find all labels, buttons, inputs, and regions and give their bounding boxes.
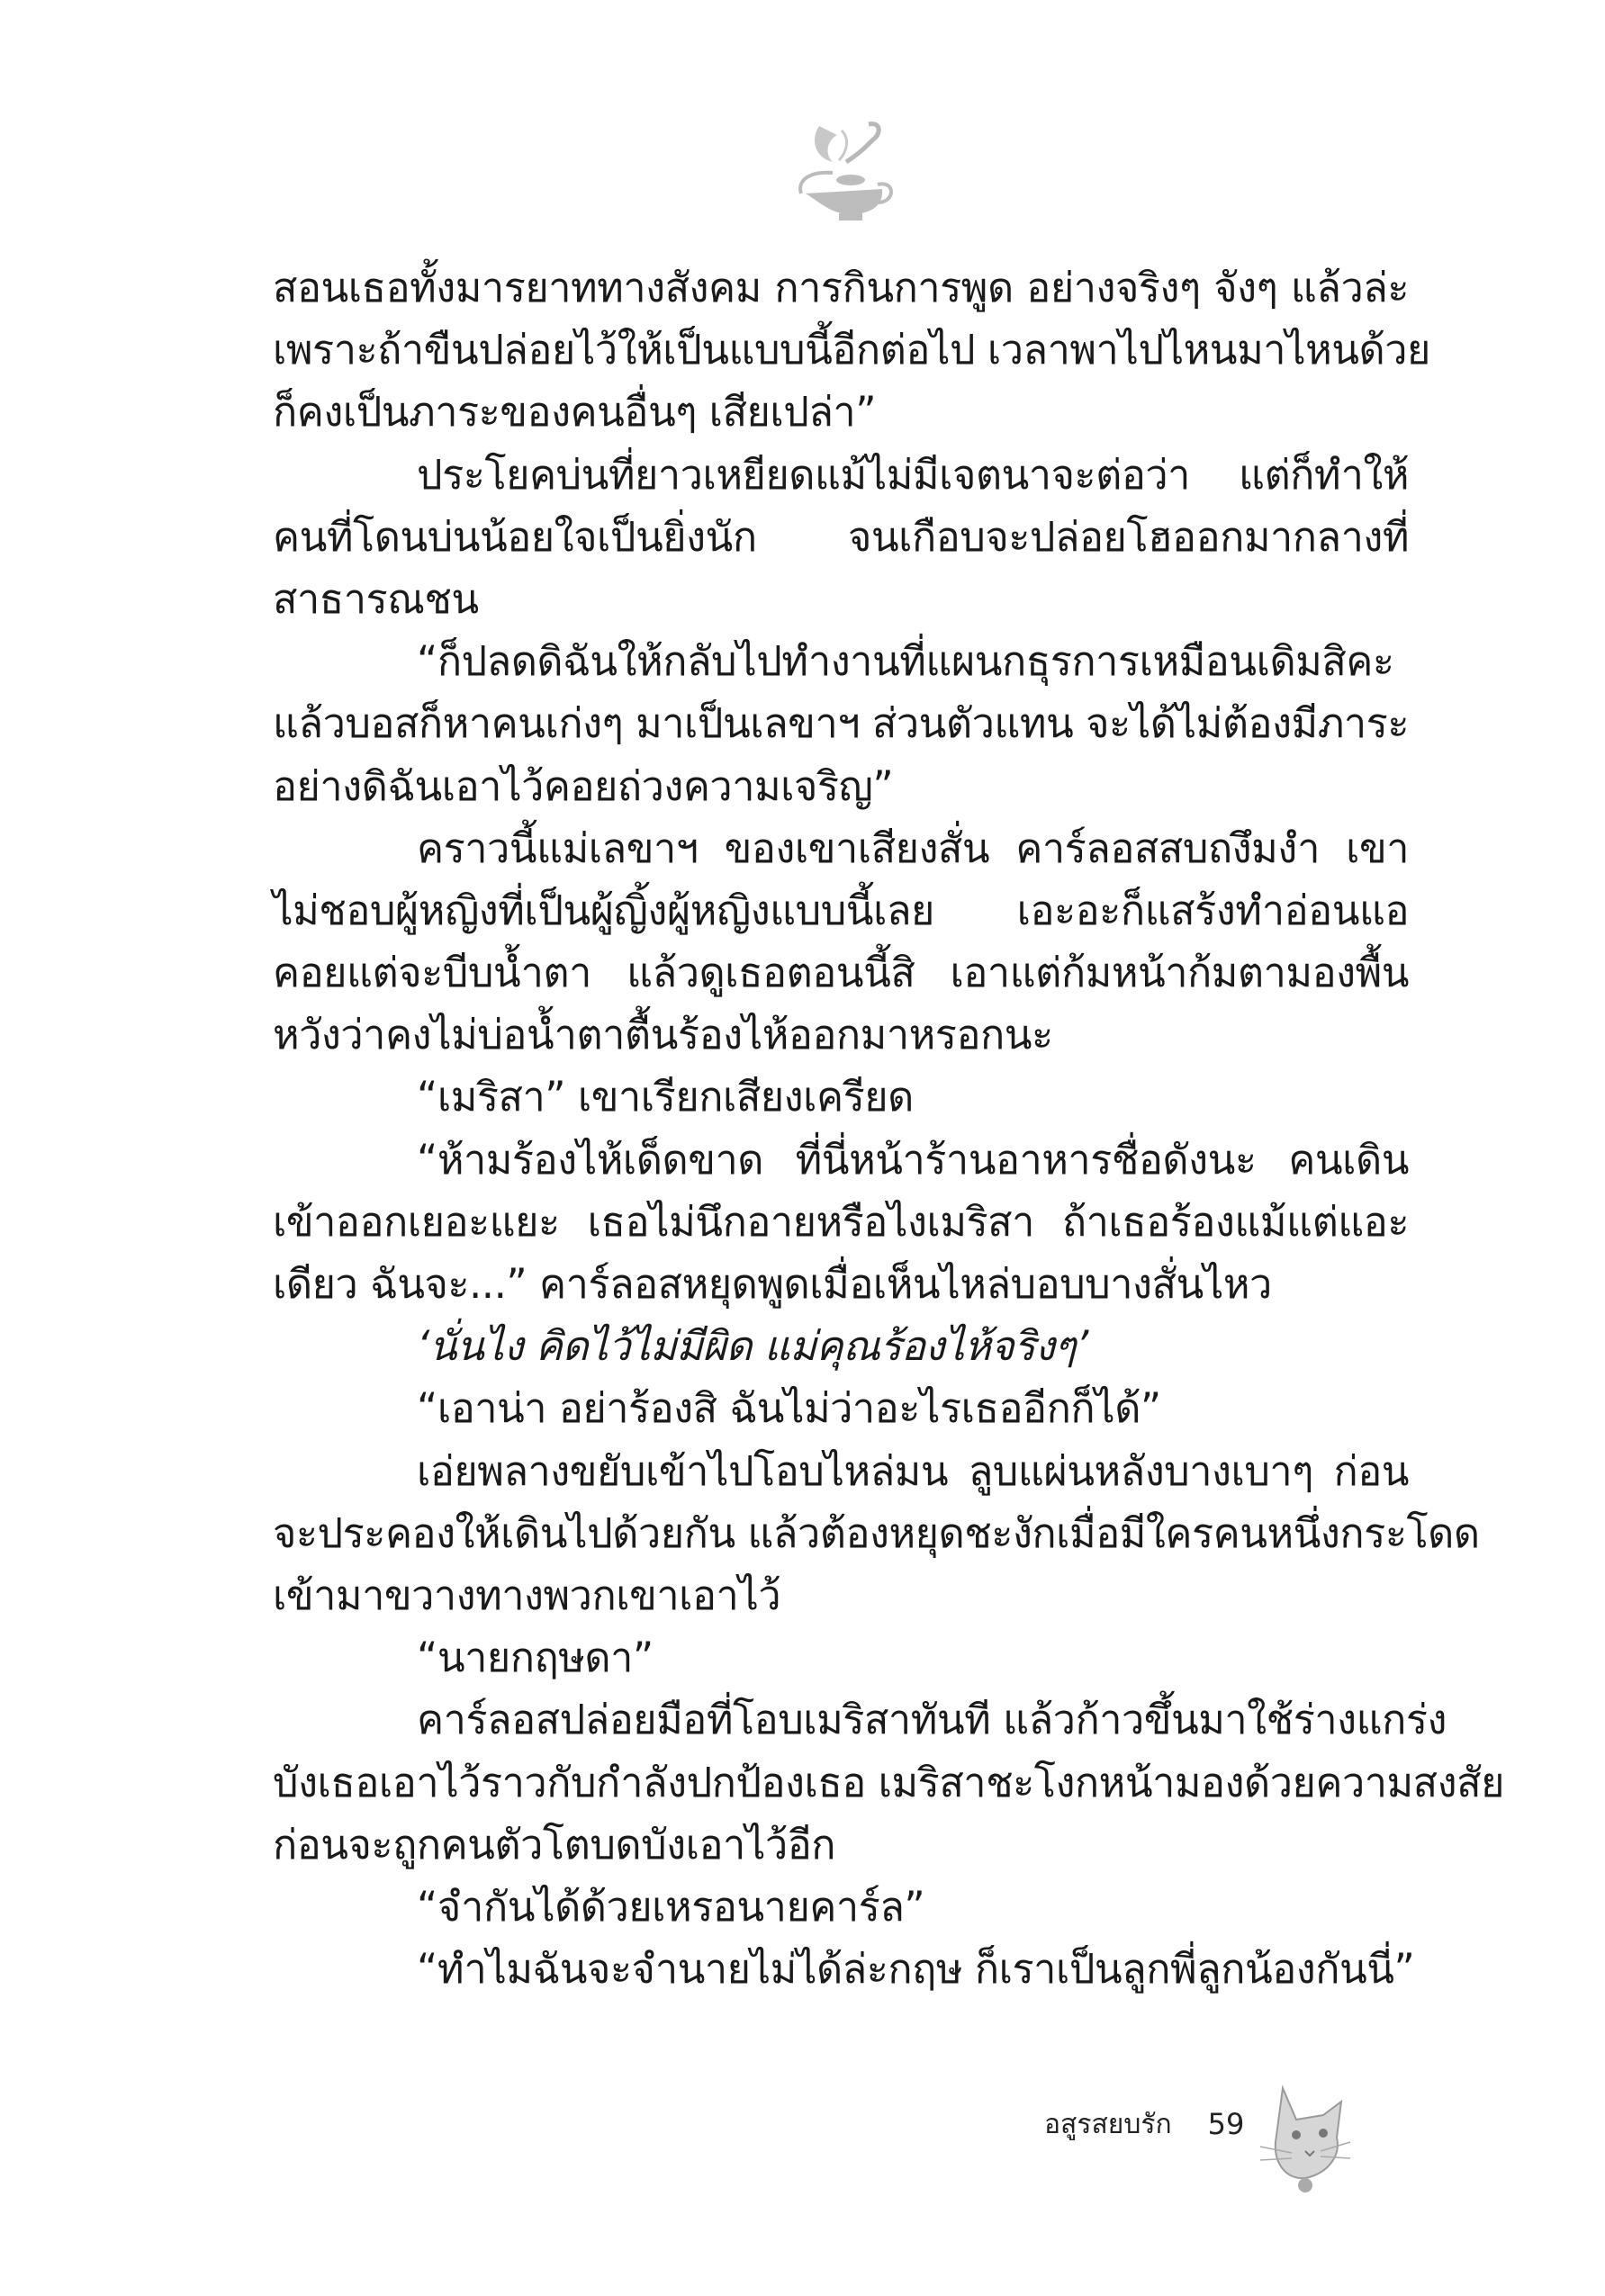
text-line: “จำกันได้ด้วยเหรอนายคาร์ล” [273,1876,1409,1938]
text-line: เข้าออกเยอะแยะ เธอไม่นึกอายหรือไงเมริสา … [273,1191,1409,1253]
book-page: สอนเธอทั้งมารยาททางสังคม การกินการพูด อย… [0,0,1605,2296]
text-line: “ทำไมฉันจะจำนายไม่ได้ล่ะกฤษ ก็เราเป็นลูก… [273,1938,1409,2000]
text-line: คาร์ลอสปล่อยมือที่โอบเมริสาทันที แล้วก้า… [273,1688,1409,1751]
text-line: หวังว่าคงไม่บ่อน้ำตาตื้นร้องไห้ออกมาหรอก… [273,1004,1409,1066]
page-number: 59 [1208,2107,1245,2141]
text-line: แล้วบอสก็หาคนเก่งๆ มาเป็นเลขาฯ ส่วนตัวแท… [273,692,1409,754]
cat-icon [1256,2079,1355,2196]
text-line: “ก็ปลดดิฉันให้กลับไปทำงานที่แผนกธุรการเห… [273,630,1409,692]
genie-lamp-icon [783,108,909,225]
text-line: จะประคองให้เดินไปด้วยกัน แล้วต้องหยุดชะง… [273,1502,1409,1564]
text-line: เอ่ยพลางขยับเข้าไปโอบไหล่มน ลูบแผ่นหลังบ… [273,1440,1409,1502]
text-line: “นายกฤษดา” [273,1626,1409,1688]
text-line: “ห้ามร้องไห้เด็ดขาด ที่นี่หน้าร้านอาหารช… [273,1129,1409,1191]
text-line: สาธารณชน [273,568,1409,630]
text-line: “เมริสา” เขาเรียกเสียงเครียด [273,1066,1409,1128]
text-line: คนที่โดนบ่นน้อยใจเป็นยิ่งนัก จนเกือบจะปล… [273,506,1409,568]
page-footer: อสูรสยบรัก 59 [1044,2093,1244,2156]
running-title: อสูรสยบรัก [1044,2103,1172,2146]
text-line: ประโยคบ่นที่ยาวเหยียดแม้ไม่มีเจตนาจะต่อว… [273,444,1409,506]
text-line: ไม่ชอบผู้หญิงที่เป็นผู้ญิ้งผู้หญิงแบบนี้… [273,879,1409,941]
text-line: คราวนี้แม่เลขาฯ ของเขาเสียงสั่น คาร์ลอสส… [273,817,1409,879]
body-text: สอนเธอทั้งมารยาททางสังคม การกินการพูด อย… [273,257,1409,2000]
text-line: เพราะถ้าขืนปล่อยไว้ให้เป็นแบบนี้อีกต่อไป… [273,319,1409,381]
text-line: เข้ามาขวางทางพวกเขาเอาไว้ [273,1564,1409,1626]
text-line: เดียว ฉันจะ...” คาร์ลอสหยุดพูดเมื่อเห็นไ… [273,1253,1409,1315]
text-line: ก็คงเป็นภาระของคนอื่นๆ เสียเปล่า” [273,381,1409,443]
text-line: อย่างดิฉันเอาไว้คอยถ่วงความเจริญ” [273,755,1409,817]
text-line: คอยแต่จะบีบน้ำตา แล้วดูเธอตอนนี้สิ เอาแต… [273,941,1409,1004]
text-line: “เอาน่า อย่าร้องสิ ฉันไม่ว่าอะไรเธออีกก็… [273,1377,1409,1439]
text-line: ก่อนจะถูกคนตัวโตบดบังเอาไว้อีก [273,1814,1409,1876]
text-line: บังเธอเอาไว้ราวกับกำลังปกป้องเธอ เมริสาช… [273,1751,1409,1814]
text-line: ‘นั่นไง คิดไว้ไม่มีผิด แม่คุณร้องไห้จริง… [273,1315,1409,1377]
text-line: สอนเธอทั้งมารยาททางสังคม การกินการพูด อย… [273,257,1409,319]
